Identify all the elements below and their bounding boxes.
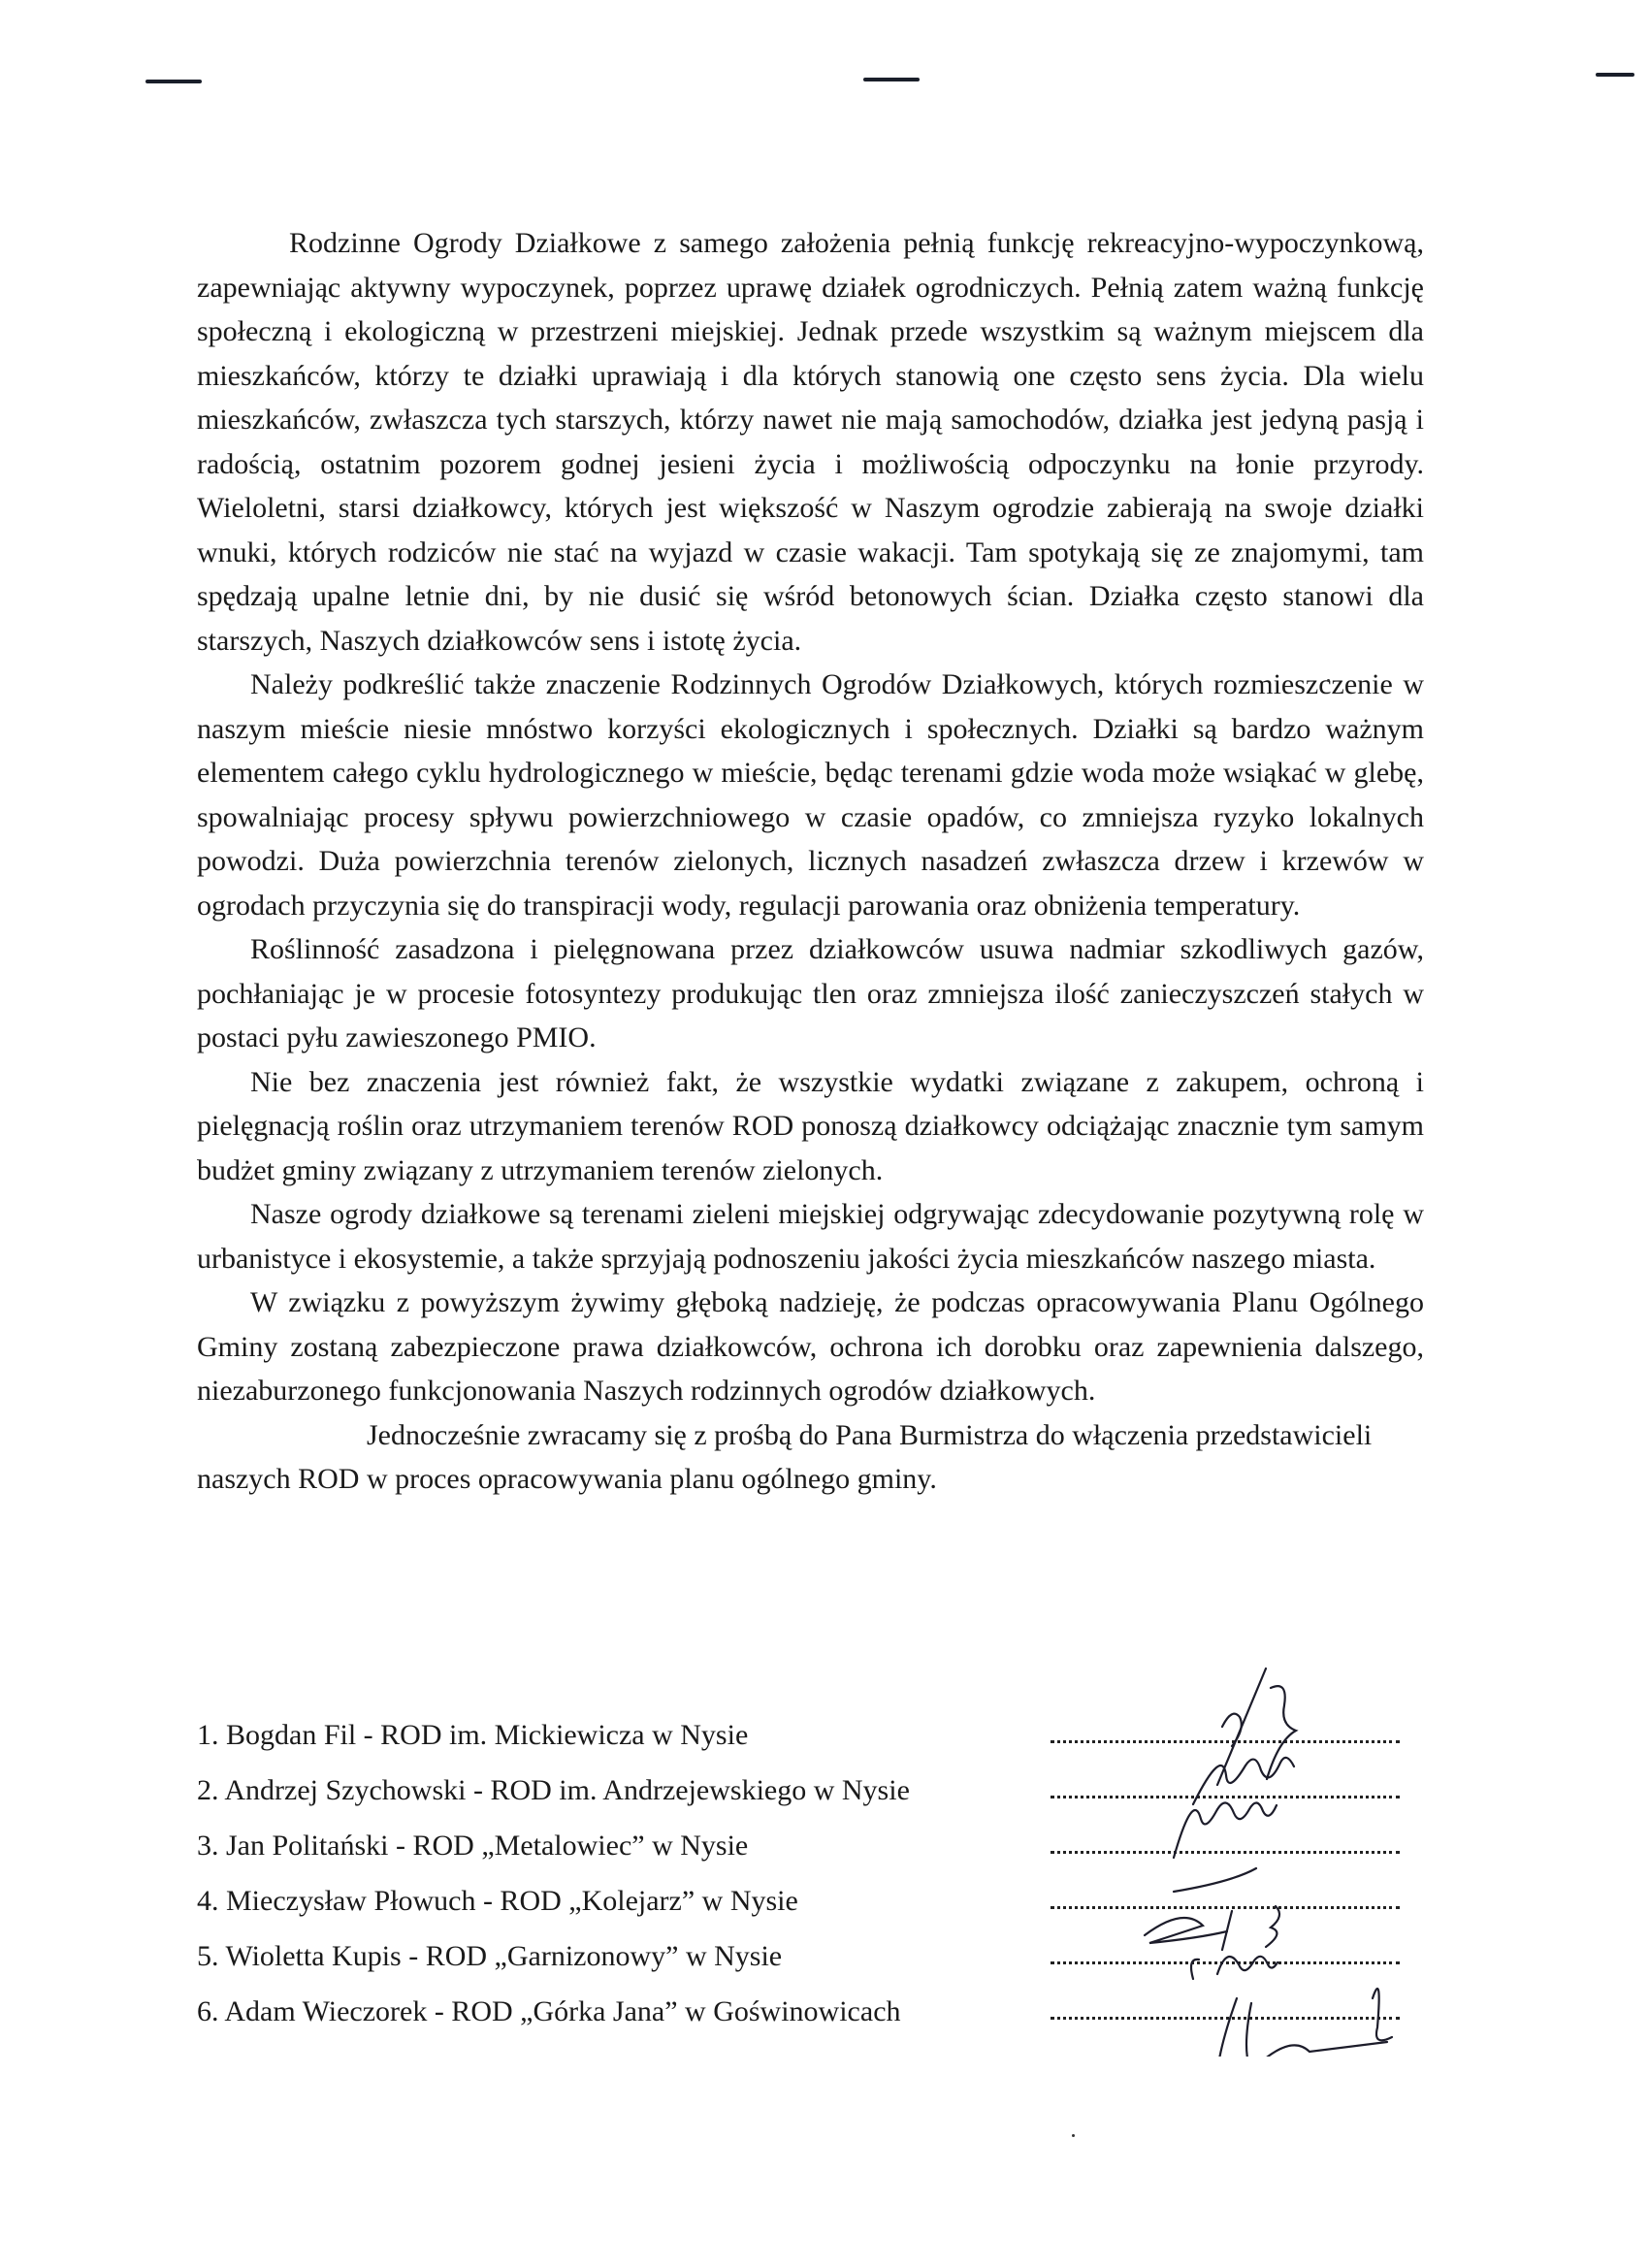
signatory-name: 5. Wioletta Kupis - ROD „Garnizonowy” w … <box>197 1928 782 1984</box>
scan-speck <box>1072 2134 1075 2137</box>
signatory-name: 3. Jan Politański - ROD „Metalowiec” w N… <box>197 1818 748 1873</box>
scan-mark-center <box>863 78 920 81</box>
signatory-name: 1. Bogdan Fil - ROD im. Mickiewicza w Ny… <box>197 1707 748 1763</box>
signatory-name: 2. Andrzej Szychowski - ROD im. Andrzeje… <box>197 1763 910 1818</box>
scan-speck <box>1327 679 1330 682</box>
paragraph-expenses: Nie bez znaczenia jest również fakt, że … <box>197 1060 1424 1193</box>
scan-mark-right <box>1596 73 1634 77</box>
paragraph-hope: W związku z powyższym żywimy głęboką nad… <box>197 1280 1424 1413</box>
paragraph-vegetation: Roślinność zasadzona i pielęgnowana prze… <box>197 927 1424 1060</box>
scan-mark-left <box>145 80 202 83</box>
signatory-name: 4. Mieczysław Płowuch - ROD „Kolejarz” w… <box>197 1873 798 1928</box>
signatory-name: 6. Adam Wieczorek - ROD „Górka Jana” w G… <box>197 1984 901 2039</box>
paragraph-ecology: Należy podkreślić także znaczenie Rodzin… <box>197 663 1424 927</box>
scan-speck <box>1389 415 1392 418</box>
paragraph-urban-role: Nasze ogrody działkowe są terenami ziele… <box>197 1192 1424 1280</box>
letter-body: Rodzinne Ogrody Działkowe z samego założ… <box>197 221 1424 1502</box>
paragraph-intro: Rodzinne Ogrody Działkowe z samego założ… <box>197 221 1424 663</box>
handwritten-signatures-icon <box>1028 1649 1436 2057</box>
paragraph-request: Jednocześnie zwracamy się z prośbą do Pa… <box>197 1413 1424 1502</box>
